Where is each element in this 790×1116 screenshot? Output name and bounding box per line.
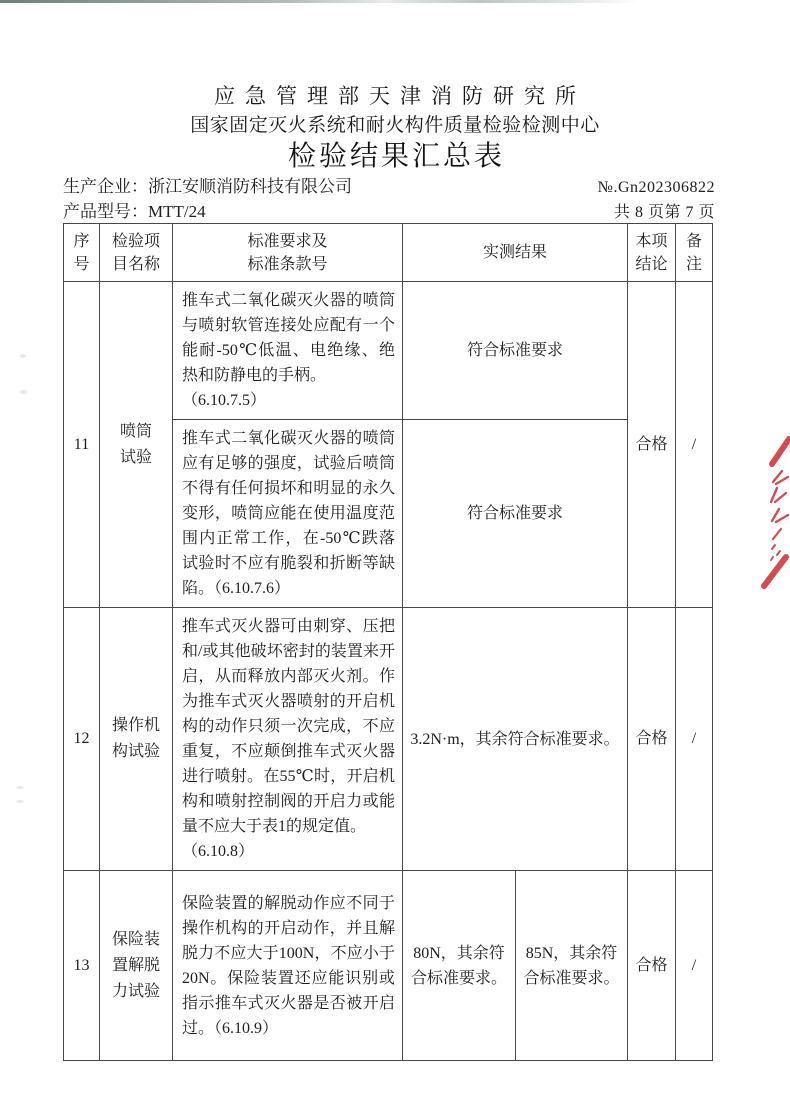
org-name-line2: 国家固定灭火系统和耐火构件质量检验检测中心 — [0, 110, 790, 137]
table-row-11a: 11 喷筒 试验 推车式二氧化碳灭火器的喷筒与喷射软管连接处应配有一个能耐-50… — [64, 282, 713, 420]
result-cell-13b: 85N，其余符合标准要求。 — [516, 871, 628, 1061]
result-cell-12: 3.2N·m，其余符合标准要求。 — [403, 608, 628, 871]
red-stamp-fragment — [750, 433, 790, 598]
standard-text-11a: 推车式二氧化碳灭火器的喷筒与喷射软管连接处应配有一个能耐-50℃低温、电绝缘、绝… — [173, 282, 403, 420]
product-model-value: MTT/24 — [148, 202, 206, 221]
table-header-row: 序 号 检验项 目名称 标准要求及 标准条款号 实测结果 本项 结论 备 注 — [64, 224, 713, 282]
product-model-label: 产品型号： — [63, 202, 148, 221]
product-model-row: 产品型号：MTT/24 共 8 页第 7 页 — [63, 197, 715, 222]
seq-cell-12: 12 — [64, 608, 100, 871]
table-row-13: 13 保险装 置解脱 力试验 保险装置的解脱动作应不同于操作机构的开启动作，并且… — [64, 871, 713, 1061]
results-table: 序 号 检验项 目名称 标准要求及 标准条款号 实测结果 本项 结论 备 注 1… — [63, 223, 713, 1061]
standard-text-12: 推车式灭火器可由刺穿、压把和/或其他破坏密封的装置来开启，从而释放内部灭火剂。作… — [173, 608, 403, 871]
header-standard: 标准要求及 标准条款号 — [173, 224, 403, 282]
header-item: 检验项 目名称 — [100, 224, 173, 282]
table-row-12: 12 操作机 构试验 推车式灭火器可由刺穿、压把和/或其他破坏密封的装置来开启，… — [64, 608, 713, 871]
manufacturer-value: 浙江安顺消防科技有限公司 — [148, 177, 352, 196]
manufacturer-label: 生产企业： — [63, 177, 148, 196]
item-cell-12: 操作机 构试验 — [100, 608, 173, 871]
scanned-report-page: 应急管理部天津消防研究所 国家固定灭火系统和耐火构件质量检验检测中心 检验结果汇… — [0, 0, 790, 1116]
scan-smudge — [20, 354, 26, 358]
org-name-line1: 应急管理部天津消防研究所 — [0, 80, 790, 110]
scan-smudge — [16, 786, 24, 789]
result-cell-11a: 符合标准要求 — [403, 282, 628, 420]
seq-cell-11: 11 — [64, 282, 100, 608]
result-cell-11b: 符合标准要求 — [403, 420, 628, 608]
scan-edge-artifact — [0, 0, 640, 3]
manufacturer-row: 生产企业：浙江安顺消防科技有限公司 №.Gn202306822 — [63, 172, 715, 197]
scan-smudge — [20, 390, 27, 394]
product-model-field: 产品型号：MTT/24 — [63, 197, 206, 222]
scan-smudge — [16, 800, 24, 803]
item-cell-13: 保险装 置解脱 力试验 — [100, 871, 173, 1061]
item-cell-11: 喷筒 试验 — [100, 282, 173, 608]
seq-cell-13: 13 — [64, 871, 100, 1061]
conclusion-cell-11: 合格 — [628, 282, 676, 608]
remark-cell-11: / — [676, 282, 713, 608]
header-result: 实测结果 — [403, 224, 628, 282]
result-cell-13a: 80N，其余符合标准要求。 — [403, 871, 516, 1061]
remark-cell-12: / — [676, 608, 713, 871]
header-remark: 备 注 — [676, 224, 713, 282]
standard-text-13: 保险装置的解脱动作应不同于操作机构的开启动作，并且解脱力不应大于100N，不应小… — [173, 871, 403, 1061]
report-number: №.Gn202306822 — [598, 179, 715, 197]
page-title: 检验结果汇总表 — [0, 134, 790, 174]
manufacturer-field: 生产企业：浙江安顺消防科技有限公司 — [63, 172, 352, 197]
standard-text-11b: 推车式二氧化碳灭火器的喷筒应有足够的强度，试验后喷筒不得有任何损坏和明显的永久变… — [173, 420, 403, 608]
conclusion-cell-12: 合格 — [628, 608, 676, 871]
conclusion-cell-13: 合格 — [628, 871, 676, 1061]
remark-cell-13: / — [676, 871, 713, 1061]
header-seq: 序 号 — [64, 224, 100, 282]
header-conclusion: 本项 结论 — [628, 224, 676, 282]
page-count: 共 8 页第 7 页 — [614, 199, 715, 222]
